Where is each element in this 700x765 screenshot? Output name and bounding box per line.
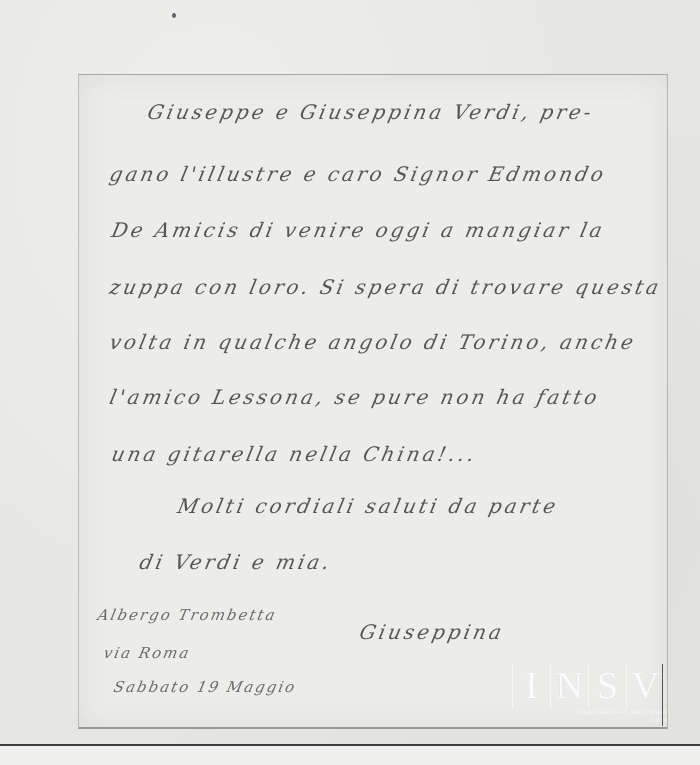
logo-letter: N [550,664,588,708]
signature: Giuseppina [357,620,506,644]
location-line-2: via Roma [102,644,192,662]
logo-letter: S [588,664,626,708]
logo-letter: V [626,664,664,708]
letter-line-1: Giuseppe e Giuseppina Verdi, pre- [145,100,596,124]
letter-line-2: gano l'illustre e caro Signor Edmondo [107,162,608,186]
location-line-1: Albergo Trombetta [96,606,278,624]
logo-subtitle: Istituto Nazionale di Studi Verdiani Par… [512,709,667,725]
letter-line-9: di Verdi e mia. [137,550,334,574]
letter-line-3: De Amicis di venire oggi a mangiar la [109,218,607,242]
logo-frame-line [662,664,663,726]
letter-line-5: volta in qualche angolo di Torino, anche [107,330,638,354]
logo-institute-name: Istituto Nazionale di Studi Verdiani [576,710,667,716]
logo-city: Parma [649,718,667,724]
letter-line-7: una gitarella nella China!... [109,442,479,466]
letter-line-4: zuppa con loro. Si spera di trovare ques… [107,275,663,299]
ink-speck [172,13,176,18]
letter-line-8: Molti cordiali saluti da parte [175,494,560,518]
logo-letter: I [512,664,550,708]
insv-watermark-logo: I N S V Istituto Nazionale di Studi Verd… [512,664,664,724]
letter-line-6: l'amico Lessona, se pure non ha fatto [107,385,602,409]
location-line-3: Sabbato 19 Maggio [112,678,298,696]
scan-bottom-strip [0,744,700,765]
